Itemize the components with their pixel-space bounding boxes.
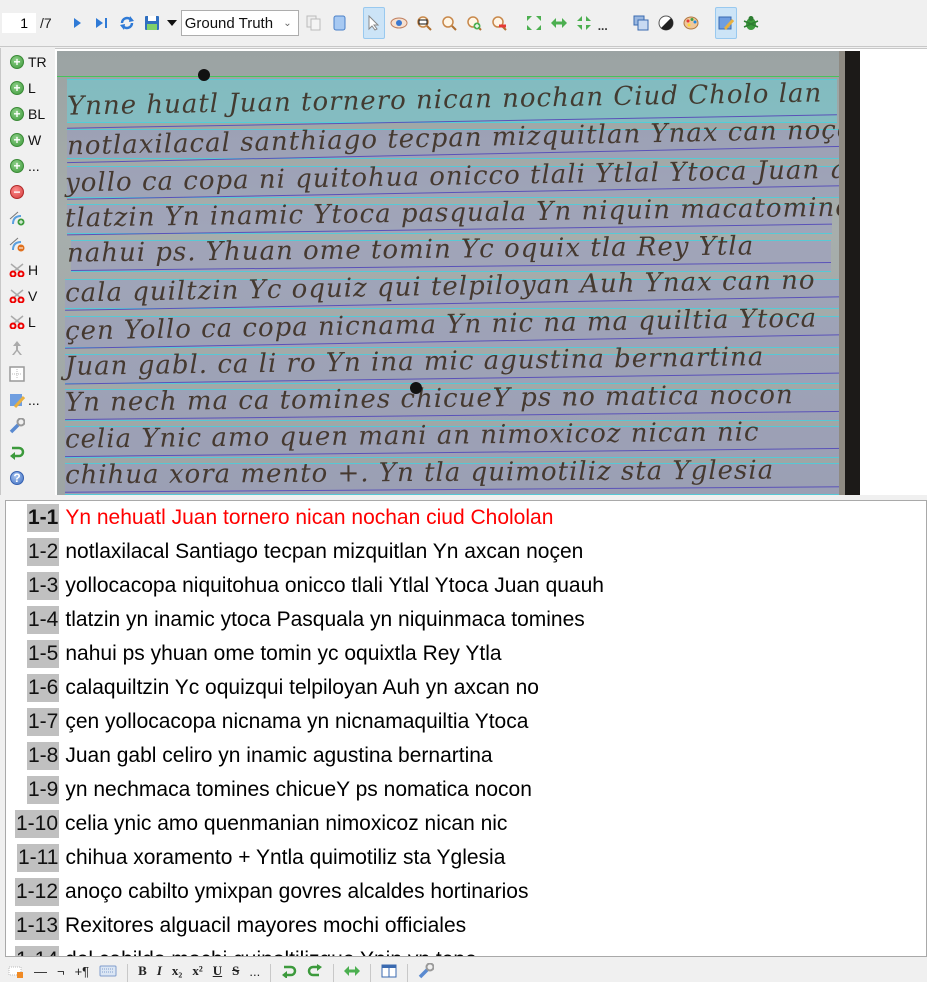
fit-page-icon (526, 15, 542, 31)
copy-icon (306, 15, 322, 31)
split-vertical-button[interactable]: V (9, 285, 37, 307)
insert-not-sign-button[interactable]: ¬ (57, 960, 65, 982)
settings-wrench-button[interactable] (9, 415, 28, 437)
add-icon: + (10, 81, 24, 95)
copy-button[interactable] (303, 10, 325, 36)
transcript-line[interactable]: 1-7 çen yollocacopa nicnama yn nicnamaqu… (27, 707, 528, 737)
line-number: 1-14 (15, 946, 59, 957)
split-view-button[interactable] (381, 960, 397, 982)
add-line-button[interactable]: + L (9, 77, 36, 99)
add-point-button[interactable] (9, 207, 28, 229)
table-tool-button[interactable] (9, 363, 28, 385)
line-number: 1-5 (27, 640, 59, 668)
remove-shape-button[interactable]: − (9, 181, 28, 203)
color-palette-button[interactable] (680, 10, 702, 36)
transcript-line[interactable]: 1-4 tlatzin yn inamic ytoca Pasquala yn … (27, 605, 585, 635)
line-text[interactable]: çen yollocacopa nicnama yn nicnamaquilti… (65, 710, 528, 734)
merge-shapes-button[interactable] (9, 337, 28, 359)
edit-pencil-icon (9, 392, 25, 408)
bug-icon (743, 15, 759, 31)
transcript-line[interactable]: 1-1 Yn nehuatl Juan tornero nican nochan… (27, 503, 553, 533)
undo-text-button[interactable] (281, 960, 297, 982)
tag-icon (8, 964, 24, 978)
subscript-button[interactable]: x₂ (172, 960, 182, 982)
save-button[interactable] (141, 10, 163, 36)
insert-paragraph-button[interactable]: +¶ (75, 960, 90, 982)
transcript-line[interactable]: 1-5 nahui ps yhuan ome tomin yc oquixtla… (27, 639, 502, 669)
add-baseline-button[interactable]: + BL (9, 103, 45, 125)
strikethrough-button[interactable]: S (232, 960, 239, 982)
line-number: 1-7 (27, 708, 59, 736)
add-icon: + (10, 159, 24, 173)
page-total-label: /7 (40, 15, 52, 31)
document-image-canvas[interactable]: Ynne huatl Juan tornero nican nochan Ciu… (55, 48, 927, 495)
wrench-icon (418, 963, 434, 979)
redo-text-button[interactable] (307, 960, 323, 982)
line-text[interactable]: tlatzin yn inamic ytoca Pasquala yn niqu… (65, 608, 584, 632)
edit-mode-button[interactable] (715, 7, 737, 39)
more-zoom-options[interactable]: ... (598, 19, 608, 33)
transcript-line[interactable]: 1-2 notlaxilacal Santiago tecpan mizquit… (27, 537, 583, 567)
sync-width-button[interactable] (344, 960, 360, 982)
transcript-line[interactable]: 1-8 Juan gabl celiro yn inamic agustina … (27, 741, 493, 771)
next-page-button[interactable] (66, 10, 88, 36)
keyboard-icon (99, 965, 117, 977)
line-number: 1-8 (27, 742, 59, 770)
magnifier-icon (441, 15, 457, 31)
add-icon: + (10, 133, 24, 147)
line-text[interactable]: yollocacopa niquitohua onicco tlali Ytla… (65, 574, 604, 598)
undo-button[interactable] (9, 441, 28, 463)
bold-button[interactable]: B (138, 960, 147, 982)
main-toolbar: /7 Ground Truth ⌄ (0, 0, 927, 47)
wrench-icon (9, 418, 25, 434)
line-text[interactable]: nahui ps yhuan ome tomin yc oquixtla Rey… (65, 642, 501, 666)
select-tool-button[interactable] (363, 7, 385, 39)
split-line-button[interactable]: L (9, 311, 36, 333)
edit-more-button[interactable]: ... (9, 389, 40, 411)
zoom-out-button[interactable] (488, 10, 510, 36)
fit-width-icon (344, 966, 360, 976)
editor-settings-button[interactable] (418, 960, 434, 982)
zoom-fit-button[interactable] (438, 10, 460, 36)
debug-button[interactable] (740, 10, 762, 36)
add-point-icon (9, 210, 25, 226)
line-number: 1-13 (15, 912, 59, 940)
transcript-line[interactable]: 1-11 chihua xoramento + Yntla quimotiliz… (17, 843, 505, 873)
line-number: 1-12 (15, 878, 59, 906)
underline-button[interactable]: U (213, 960, 222, 982)
add-word-button[interactable]: + W (9, 129, 41, 151)
scissors-icon (9, 263, 25, 277)
line-text[interactable]: yn nechmaca tomines chicueY ps nomatica … (65, 778, 532, 802)
caret-down-icon (167, 20, 177, 26)
help-icon: ? (10, 471, 24, 485)
line-text[interactable]: Juan gabl celiro yn inamic agustina bern… (65, 744, 492, 768)
zoom-rect-icon (416, 15, 432, 31)
line-text[interactable]: celia ynic amo quenmanian nimoxicoz nica… (65, 812, 507, 836)
chevron-down-icon: ⌄ (283, 18, 291, 29)
line-number: 1-10 (15, 810, 59, 838)
palette-icon (683, 15, 699, 31)
line-number: 1-11 (17, 844, 59, 872)
contrast-icon (658, 15, 674, 31)
scissors-icon (9, 289, 25, 303)
line-number: 1-1 (27, 504, 59, 532)
line-text[interactable]: chihua xoramento + Yntla quimotiliz sta … (65, 846, 505, 870)
add-icon: + (10, 55, 24, 69)
scroll-document-icon (331, 15, 347, 31)
last-page-button[interactable] (91, 10, 113, 36)
text-format-toolbar: — ¬ +¶ B I x₂ x² U S ... (0, 957, 927, 982)
line-number: 1-3 (27, 572, 59, 600)
document-view-button[interactable] (328, 10, 350, 36)
transcript-line[interactable]: 1-10 celia ynic amo quenmanian nimoxicoz… (15, 809, 507, 839)
version-select[interactable]: Ground Truth ⌄ (181, 10, 299, 36)
image-versions-button[interactable] (630, 10, 652, 36)
virtual-keyboard-button[interactable] (99, 960, 117, 982)
line-text[interactable]: del cabildo mochi quinoltilizque Ynin yn… (65, 948, 477, 957)
split-horizontal-button[interactable]: H (9, 259, 38, 281)
save-icon (144, 15, 160, 31)
transcript-line[interactable]: 1-6 calaquiltzin Yc oquizqui telpiloyan … (27, 673, 539, 703)
transcript-line[interactable]: 1-13 Rexitores alguacil mayores mochi of… (15, 911, 466, 941)
reload-button[interactable] (116, 10, 138, 36)
table-grid-icon (9, 366, 25, 382)
line-text[interactable]: Yn nehuatl Juan tornero nican nochan ciu… (65, 506, 553, 530)
skip-end-icon (95, 17, 109, 29)
undo-icon (281, 964, 297, 978)
line-number: 1-9 (27, 776, 59, 804)
add-more-button[interactable]: + ... (9, 155, 40, 177)
layout-tools-panel: + TR + L + BL + W + ... − H V L (0, 48, 55, 495)
merge-icon (11, 340, 23, 356)
superscript-button[interactable]: x² (192, 960, 202, 982)
save-options-dropdown[interactable] (166, 10, 178, 36)
line-number: 1-2 (27, 538, 59, 566)
more-format-button[interactable]: ... (249, 960, 260, 982)
redo-icon (307, 964, 323, 978)
scissors-icon (9, 315, 25, 329)
layers-icon (633, 15, 649, 31)
line-text[interactable]: notlaxilacal Santiago tecpan mizquitlan … (65, 540, 583, 564)
expand-icon (576, 15, 592, 31)
manuscript-page-image: Ynne huatl Juan tornero nican nochan Ciu… (57, 51, 860, 495)
fit-width-icon (551, 18, 567, 28)
zoom-selection-button[interactable] (413, 10, 435, 36)
line-text[interactable]: Rexitores alguacil mayores mochi officia… (65, 914, 466, 938)
remove-point-icon (9, 236, 25, 252)
transcript-line[interactable]: 1-12 anoço cabilto ymixpan govres alcald… (15, 877, 528, 907)
page-number-input[interactable] (2, 13, 36, 33)
eye-icon (390, 17, 408, 29)
transcript-line[interactable]: 1-9 yn nechmaca tomines chicueY ps nomat… (27, 775, 532, 805)
zoom-in-icon (466, 15, 482, 31)
transcript-line[interactable]: 1-14 del cabildo mochi quinoltilizque Yn… (15, 945, 477, 957)
zoom-out-icon (491, 15, 507, 31)
transcript-line[interactable]: 1-3 yollocacopa niquitohua onicco tlali … (27, 571, 604, 601)
line-text[interactable]: anoço cabilto ymixpan govres alcaldes ho… (65, 880, 528, 904)
add-text-region-button[interactable]: + TR (9, 51, 47, 73)
visibility-button[interactable] (388, 10, 410, 36)
italic-button[interactable]: I (157, 960, 162, 982)
play-icon (72, 17, 82, 29)
insert-dash-button[interactable]: — (34, 960, 47, 982)
edit-pencil-icon (718, 15, 734, 31)
line-text[interactable]: calaquiltzin Yc oquizqui telpiloyan Auh … (65, 676, 539, 700)
fit-width-button[interactable] (548, 10, 570, 36)
cursor-arrow-icon (368, 15, 380, 31)
version-select-value: Ground Truth (185, 15, 273, 32)
help-button[interactable]: ? (9, 467, 28, 489)
fit-page-button[interactable] (523, 10, 545, 36)
fit-height-button[interactable] (573, 10, 595, 36)
line-number: 1-4 (27, 606, 59, 634)
transcription-editor[interactable]: 1-1 Yn nehuatl Juan tornero nican nochan… (5, 500, 927, 957)
undo-icon (9, 444, 25, 460)
columns-icon (381, 964, 397, 978)
tag-insert-button[interactable] (8, 960, 24, 982)
contrast-button[interactable] (655, 10, 677, 36)
zoom-in-button[interactable] (463, 10, 485, 36)
refresh-icon (119, 15, 135, 31)
remove-icon: − (10, 185, 24, 199)
add-icon: + (10, 107, 24, 121)
remove-point-button[interactable] (9, 233, 28, 255)
line-number: 1-6 (27, 674, 59, 702)
